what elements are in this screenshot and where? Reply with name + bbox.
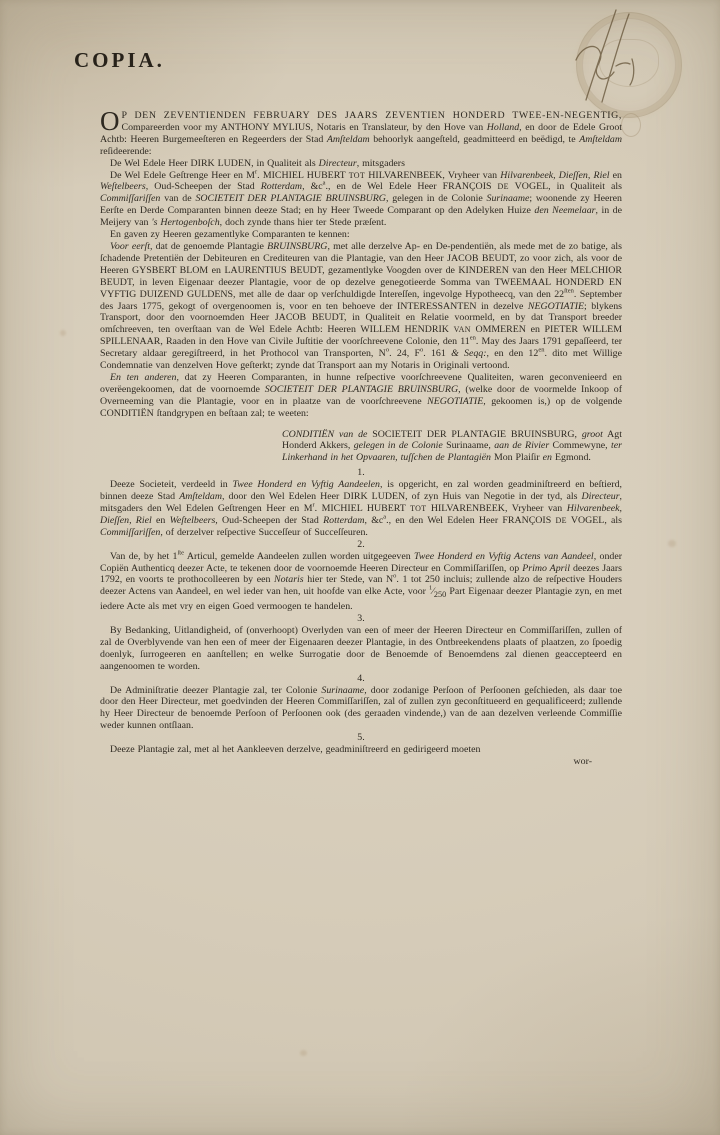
comparant-paragraph-luden: De Wel Edele Heer DIRK LUDEN, in Qualite…	[100, 158, 622, 170]
document-body: OP DEN ZEVENTIENDEN FEBRUARY DES JAARS Z…	[100, 110, 622, 768]
article-2-text: Van de, by het 1ſte Articul, gemelde Aan…	[100, 551, 622, 614]
conditions-title-block: CONDITIËN van de SOCIETEIT DER PLANTAGIE…	[282, 429, 622, 465]
voor-eerst-paragraph: Voor eerſt, dat de genoemde Plantagie BR…	[100, 241, 622, 372]
article-4-text: De Adminiſtratie deezer Plantagie zal, t…	[100, 685, 622, 733]
copia-heading: COPIA.	[74, 48, 165, 73]
handwritten-signature-icon	[572, 4, 702, 114]
article-number-3: 3.	[100, 613, 622, 625]
paper-speck	[60, 330, 66, 336]
declaration-lead-line: En gaven zy Heeren gezamentlyke Comparan…	[100, 229, 622, 241]
article-number-4: 4.	[100, 673, 622, 685]
article-1-text: Deeze Societeit, verdeeld in Twee Honder…	[100, 479, 622, 539]
article-3-text: By Bedanking, Uitlandigheid, of (onverho…	[100, 625, 622, 673]
document-page: COPIA. OP DEN ZEVENTIENDEN FEBRUARY DES …	[0, 0, 720, 1135]
comparant-paragraph-hubert-vogel: De Wel Edele Geſtrenge Heer en Mr. MICHI…	[100, 170, 622, 230]
article-number-1: 1.	[100, 467, 622, 479]
catchword: wor-	[100, 756, 622, 768]
opening-paragraph: OP DEN ZEVENTIENDEN FEBRUARY DES JAARS Z…	[100, 110, 622, 158]
article-5-text: Deeze Plantagie zal, met al het Aankleev…	[100, 744, 622, 756]
paper-speck	[668, 540, 676, 547]
article-number-5: 5.	[100, 732, 622, 744]
en-ten-anderen-paragraph: En ten anderen, dat zy Heeren Comparante…	[100, 372, 622, 420]
paper-speck	[300, 1050, 307, 1056]
